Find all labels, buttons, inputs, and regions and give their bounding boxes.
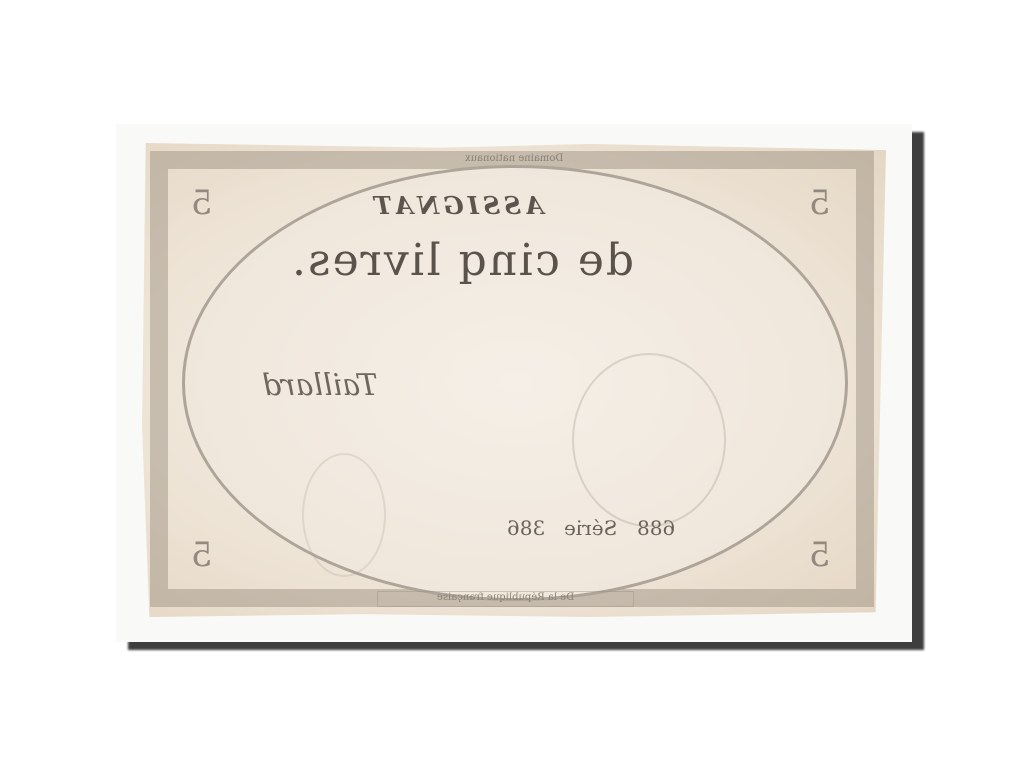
signature: Taillard [262,368,378,403]
embossed-seal [572,353,726,527]
bottom-band-text: De la République française [377,591,634,607]
banknote-title: ASSIGNAT [370,191,544,220]
dry-stamp [302,453,386,577]
banknote: 5 5 5 5 Domaine nationaux ASSIGNAT de ci… [142,143,886,617]
secondary-number: 386 [507,516,545,540]
corner-value-top-right: 5 [790,173,850,233]
corner-value-bottom-left: 5 [172,525,232,585]
corner-value-top-left: 5 [172,173,232,233]
banknote-value: de cinq livres. [290,235,634,286]
series-value: 688 [637,516,675,540]
top-band-text: Domaine nationaux [387,153,642,167]
series-number: 386 Série 688 [507,516,675,540]
series-label: Série [564,516,617,540]
corner-value-bottom-right: 5 [790,525,850,585]
